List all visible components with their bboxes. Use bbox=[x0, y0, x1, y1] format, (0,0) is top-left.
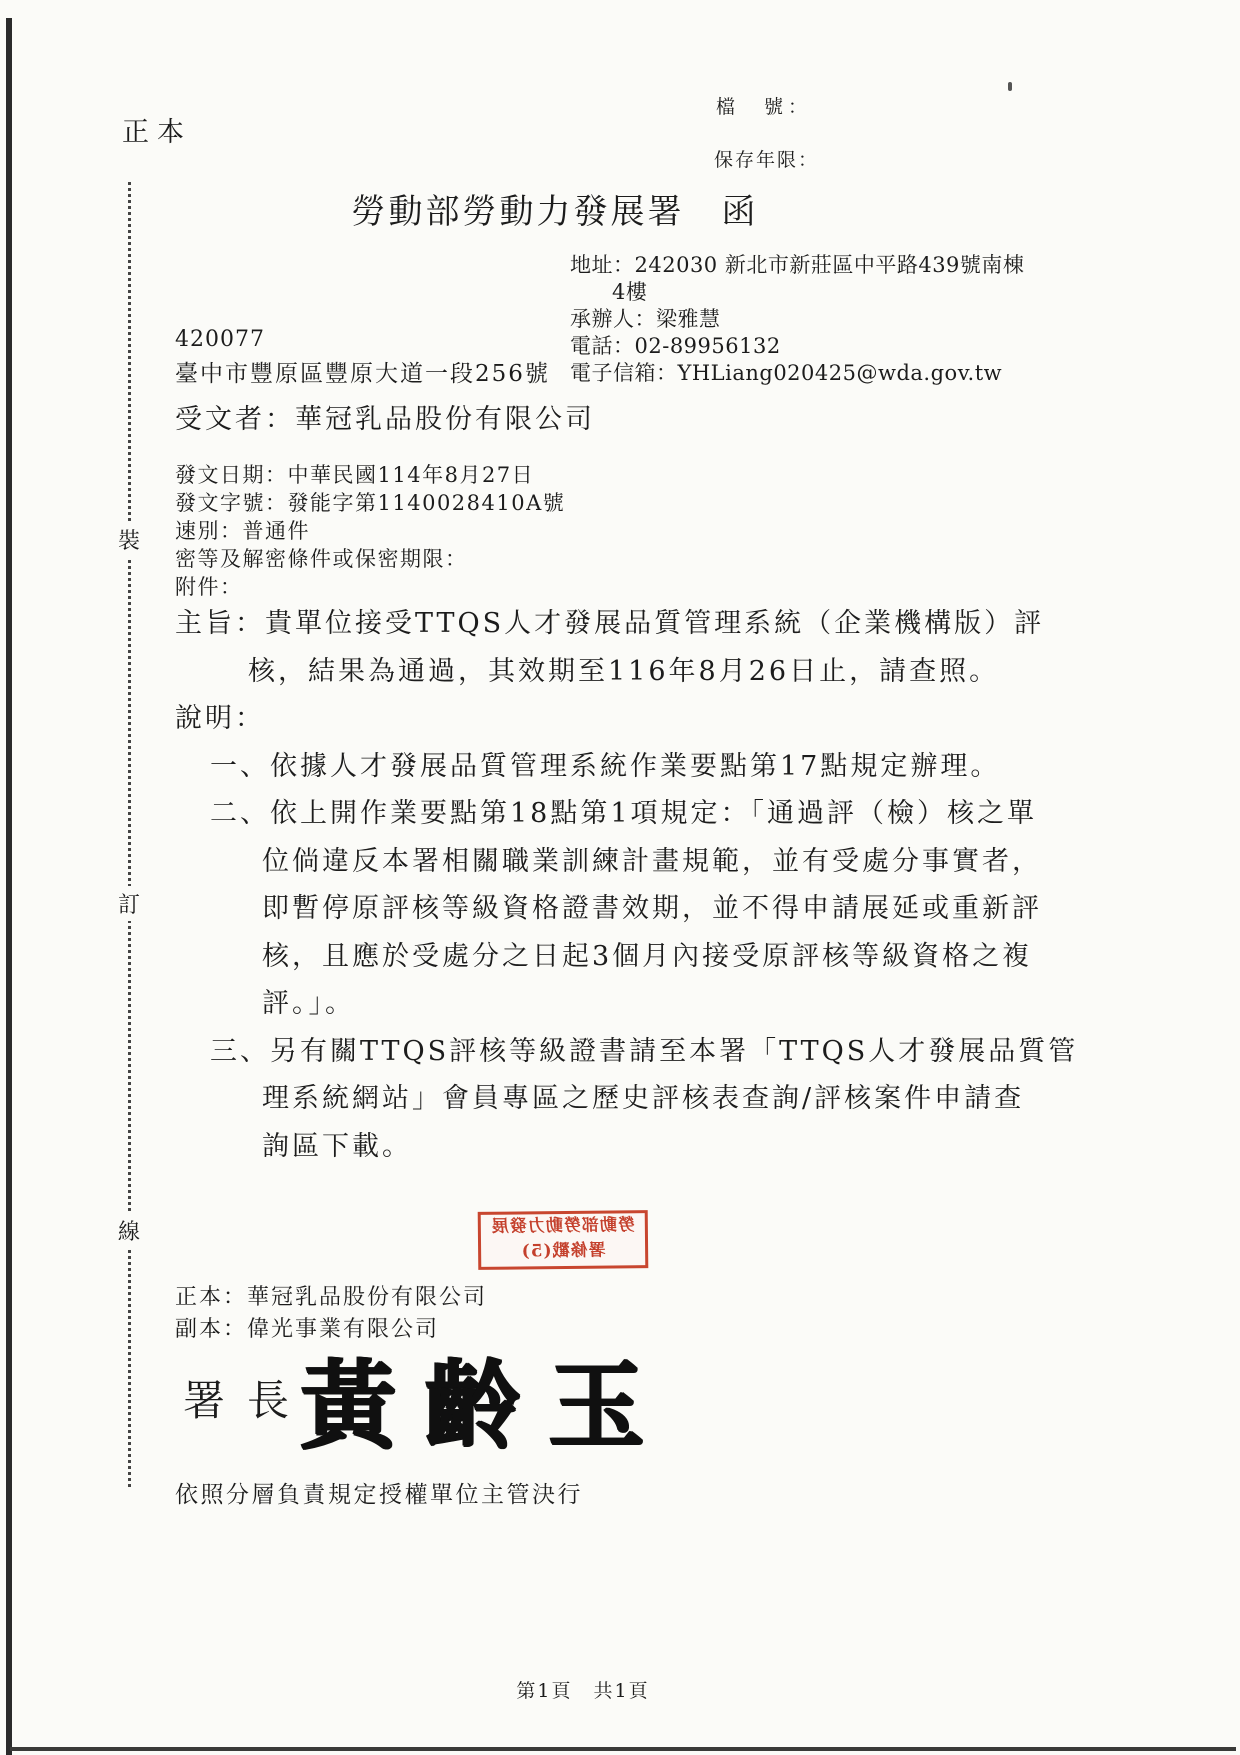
document-number: 發文字號：發能字第1140028410A號 bbox=[175, 489, 565, 517]
delivery-speed: 速別：普通件 bbox=[175, 517, 565, 545]
retention-period-label: 保存年限： bbox=[714, 145, 819, 172]
scan-edge-artifact-bottom bbox=[10, 1747, 1236, 1751]
scan-speck bbox=[1008, 82, 1012, 91]
scanned-official-letter: 正本 檔 號： 保存年限： 勞動部勞動力發展署 函 地址：242030 新北市新… bbox=[0, 0, 1240, 1755]
agency-address-line1: 地址：242030 新北市新莊區中平路439號南棟 bbox=[570, 252, 1024, 279]
body-line-item1: 一、依據人才發展品質管理系統作業要點第17點規定辦理。 bbox=[175, 743, 1078, 791]
binding-mark-zhuang: 裝 bbox=[110, 522, 148, 557]
recipient-name: 受文者：華冠乳品股份有限公司 bbox=[175, 397, 595, 436]
issue-date: 發文日期：中華民國114年8月27日 bbox=[175, 461, 565, 489]
official-red-stamp: 勞動部勞動力發展 署條戳(5) bbox=[478, 1210, 649, 1270]
letter-body: 主旨：貴單位接受TTQS人才發展品質管理系統（企業機構版）評 核，結果為通過，其… bbox=[175, 600, 1078, 1170]
document-title: 勞動部勞動力發展署 函 bbox=[352, 184, 759, 233]
stamp-text-line2: 署條戳(5) bbox=[481, 1238, 645, 1265]
page-number-footer: 第1頁 共1頁 bbox=[516, 1676, 649, 1703]
binding-mark-xian: 線 bbox=[110, 1213, 148, 1248]
recipient-address: 臺中市豐原區豐原大道一段256號 bbox=[175, 355, 550, 388]
body-line-item3: 三、另有關TTQS評核等級證書請至本署「TTQS人才發展品質管 bbox=[175, 1028, 1078, 1076]
stamp-text-line1: 勞動部勞動力發展 bbox=[481, 1213, 645, 1240]
attachment-label: 附件： bbox=[175, 573, 565, 601]
signer-title: 署長 bbox=[183, 1368, 311, 1428]
body-line-item3-cont: 理系統網站」會員專區之歷史評核表查詢/評核案件申請查 bbox=[175, 1075, 1078, 1123]
body-line-item2-cont: 位倘違反本署相關職業訓練計畫規範，並有受處分事實者， bbox=[175, 838, 1078, 886]
body-line-item2-cont: 即暫停原評核等級資格證書效期，並不得申請展延或重新評 bbox=[175, 885, 1078, 933]
original-recipient: 正本：華冠乳品股份有限公司 bbox=[175, 1282, 487, 1314]
agency-email: 電子信箱：YHLiang020425@wda.gov.tw bbox=[570, 360, 1024, 387]
recipient-zip-code: 420077 bbox=[175, 327, 265, 352]
body-line-item2-cont: 評。」。 bbox=[175, 980, 1078, 1028]
body-line-item2: 二、依上開作業要點第18點第1項規定：「通過評（檢）核之單 bbox=[175, 790, 1078, 838]
binding-dotted-line bbox=[128, 182, 131, 1487]
agency-phone: 電話：02-89956132 bbox=[570, 333, 1024, 360]
body-line-item3-cont: 詢區下載。 bbox=[175, 1123, 1078, 1171]
agency-address-line2: 4樓 bbox=[570, 279, 1024, 306]
agency-contact-block: 地址：242030 新北市新莊區中平路439號南棟 4樓 承辦人：梁雅慧 電話：… bbox=[570, 252, 1024, 387]
body-line-subject-cont: 核，結果為通過，其效期至116年8月26日止，請查照。 bbox=[175, 648, 1078, 696]
signer-signature: 黃齡玉 bbox=[300, 1330, 672, 1467]
scan-edge-artifact-left bbox=[6, 18, 12, 1755]
document-meta-block: 發文日期：中華民國114年8月27日 發文字號：發能字第1140028410A號… bbox=[175, 461, 565, 601]
body-line-item2-cont: 核，且應於受處分之日起3個月內接受原評核等級資格之複 bbox=[175, 933, 1078, 981]
delegation-note: 依照分層負責規定授權單位主管決行 bbox=[175, 1476, 583, 1509]
agency-contact-person: 承辦人：梁雅慧 bbox=[570, 306, 1024, 333]
copy-type-label: 正本 bbox=[122, 110, 192, 149]
security-classification: 密等及解密條件或保密期限： bbox=[175, 545, 565, 573]
body-line-explanation: 說明： bbox=[175, 695, 1078, 743]
file-number-label: 檔 號： bbox=[716, 92, 812, 119]
body-line-subject: 主旨：貴單位接受TTQS人才發展品質管理系統（企業機構版）評 bbox=[175, 600, 1078, 648]
binding-mark-ding: 訂 bbox=[110, 886, 148, 921]
